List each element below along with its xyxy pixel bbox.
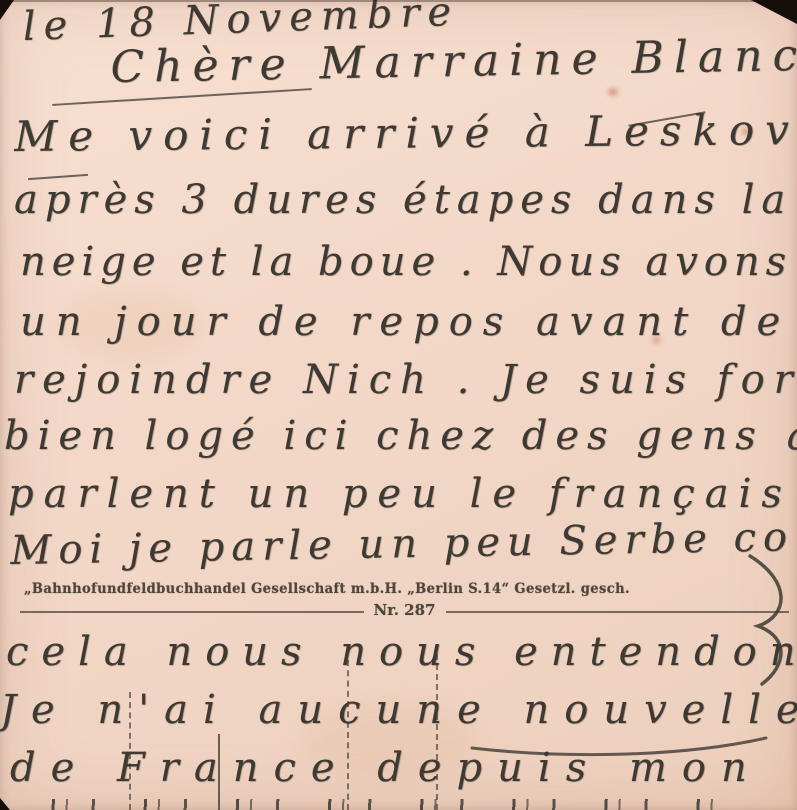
card-number: Nr. 287 bbox=[374, 601, 436, 619]
postcard-scan: le 18 Novembre Chère Marraine Blanche Me… bbox=[0, 0, 797, 810]
handwriting-line-7: rejoindre Nich . Je suis fort bbox=[14, 357, 797, 403]
card-number-rule: Nr. 287 bbox=[20, 601, 789, 619]
paper-stain bbox=[608, 88, 618, 96]
rule-left bbox=[20, 611, 364, 613]
cut-off-handwriting-line bbox=[28, 799, 727, 810]
scan-corner-top-left bbox=[0, 0, 14, 20]
scan-edge-top bbox=[0, 0, 797, 2]
ink-flourish-bracket bbox=[740, 554, 797, 688]
handwriting-line-4: après 3 dures étapes dans la bbox=[14, 177, 792, 223]
handwriting-line-5: neige et la boue . Nous avons bbox=[20, 239, 792, 285]
publisher-imprint: „Bahnhofundfeldbuchhandel Gesellschaft m… bbox=[24, 581, 781, 597]
handwriting-line-6: un jour de repos avant de bbox=[20, 299, 790, 345]
rule-right bbox=[446, 611, 790, 613]
handwriting-line-9: parlent un peu le français . bbox=[8, 471, 797, 517]
ink-underline-flourish bbox=[468, 734, 772, 760]
scan-corner-top-right bbox=[751, 0, 797, 24]
scan-corner-bottom-left bbox=[0, 798, 10, 810]
handwriting-line-3: Me voici arrivé à Leskovac bbox=[14, 105, 797, 161]
handwriting-line-11: cela nous nous entendons bbox=[6, 629, 797, 675]
handwriting-line-12: Je n'ai aucune nouvelle bbox=[0, 687, 797, 733]
handwriting-line-10: Moi je parle un peu Serbe comme bbox=[10, 512, 797, 574]
handwriting-line-8: bien logé ici chez des gens qui bbox=[4, 413, 797, 459]
